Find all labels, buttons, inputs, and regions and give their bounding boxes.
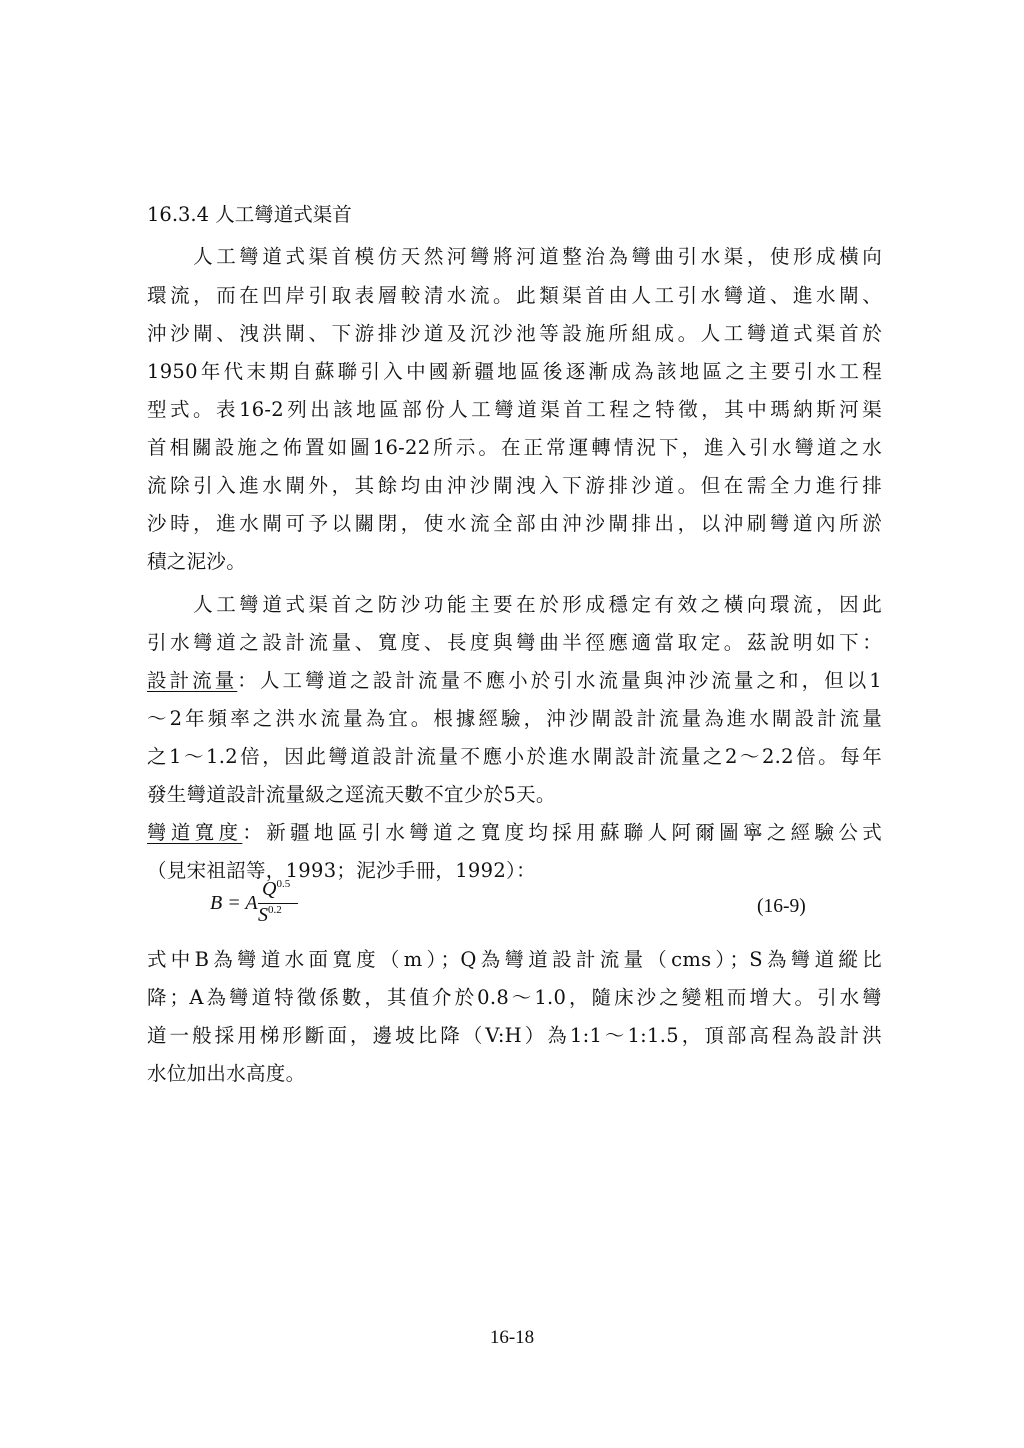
explanation-line: 降；A為彎道特徵係數，其值介於0.8～1.0，隨床沙之變粗而增大。引水彎 bbox=[147, 986, 882, 1010]
equation-label: (16-9) bbox=[757, 896, 806, 918]
design-flow-line: ～2年頻率之洪水流量為宜。根據經驗，沖沙閘設計流量為進水閘設計流量 bbox=[147, 707, 882, 731]
design-flow-line: 設計流量：人工彎道之設計流量不應小於引水流量與沖沙流量之和，但以1 bbox=[147, 669, 882, 693]
bend-width-line: 彎道寬度：新疆地區引水彎道之寬度均採用蘇聯人阿爾圖寧之經驗公式 bbox=[147, 821, 882, 845]
explanation-line: 水位加出水高度。 bbox=[147, 1062, 882, 1086]
paragraph-line: 人工彎道式渠首模仿天然河彎將河道整治為彎曲引水渠，使形成橫向 bbox=[147, 245, 882, 269]
paragraph-line: 首相關設施之佈置如圖16-22所示。在正常運轉情況下，進入引水彎道之水 bbox=[147, 436, 882, 460]
paragraph-line: 引水彎道之設計流量、寬度、長度與彎曲半徑應適當取定。茲說明如下： bbox=[147, 631, 882, 655]
design-flow-line: 發生彎道設計流量級之逕流天數不宜少於5天。 bbox=[147, 783, 882, 807]
design-flow-line: 之1～1.2倍，因此彎道設計流量不應小於進水閘設計流量之2～2.2倍。每年 bbox=[147, 745, 882, 769]
paragraph-line: 積之泥沙。 bbox=[147, 550, 882, 574]
bend-width-term: 彎道寬度 bbox=[147, 821, 242, 844]
equation-16-9: B = A Q0.5 S0.2 bbox=[210, 878, 330, 928]
paragraph-line: 人工彎道式渠首之防沙功能主要在於形成穩定有效之橫向環流，因此 bbox=[147, 593, 882, 617]
equation-lhs: B = A bbox=[210, 892, 258, 915]
paragraph-line: 沖沙閘、洩洪閘、下游排沙道及沉沙池等設施所組成。人工彎道式渠首於 bbox=[147, 322, 882, 346]
paragraph-line: 沙時，進水閘可予以關閉，使水流全部由沖沙閘排出，以沖刷彎道內所淤 bbox=[147, 512, 882, 536]
section-heading: 16.3.4 人工彎道式渠首 bbox=[147, 203, 352, 227]
document-page: 16.3.4 人工彎道式渠首 人工彎道式渠首模仿天然河彎將河道整治為彎曲引水渠，… bbox=[0, 0, 1024, 1448]
design-flow-term: 設計流量 bbox=[147, 669, 237, 692]
page-number: 16-18 bbox=[0, 1327, 1024, 1349]
equation-denominator: S0.2 bbox=[258, 904, 282, 927]
explanation-line: 道一般採用梯形斷面，邊坡比降（V:H）為1:1～1:1.5，頂部高程為設計洪 bbox=[147, 1024, 882, 1048]
paragraph-line: 型式。表16-2列出該地區部份人工彎道渠首工程之特徵，其中瑪納斯河渠 bbox=[147, 398, 882, 422]
equation-numerator: Q0.5 bbox=[262, 878, 290, 901]
explanation-line: 式中B為彎道水面寬度（m）；Q為彎道設計流量（cms）；S為彎道縱比 bbox=[147, 948, 882, 972]
section-number: 16.3.4 bbox=[147, 203, 209, 226]
section-title: 人工彎道式渠首 bbox=[215, 203, 352, 226]
paragraph-line: 1950年代末期自蘇聯引入中國新疆地區後逐漸成為該地區之主要引水工程 bbox=[147, 360, 882, 384]
paragraph-line: 環流，而在凹岸引取表層較清水流。此類渠首由人工引水彎道、進水閘、 bbox=[147, 284, 882, 308]
paragraph-line: 流除引入進水閘外，其餘均由沖沙閘洩入下游排沙道。但在需全力進行排 bbox=[147, 474, 882, 498]
